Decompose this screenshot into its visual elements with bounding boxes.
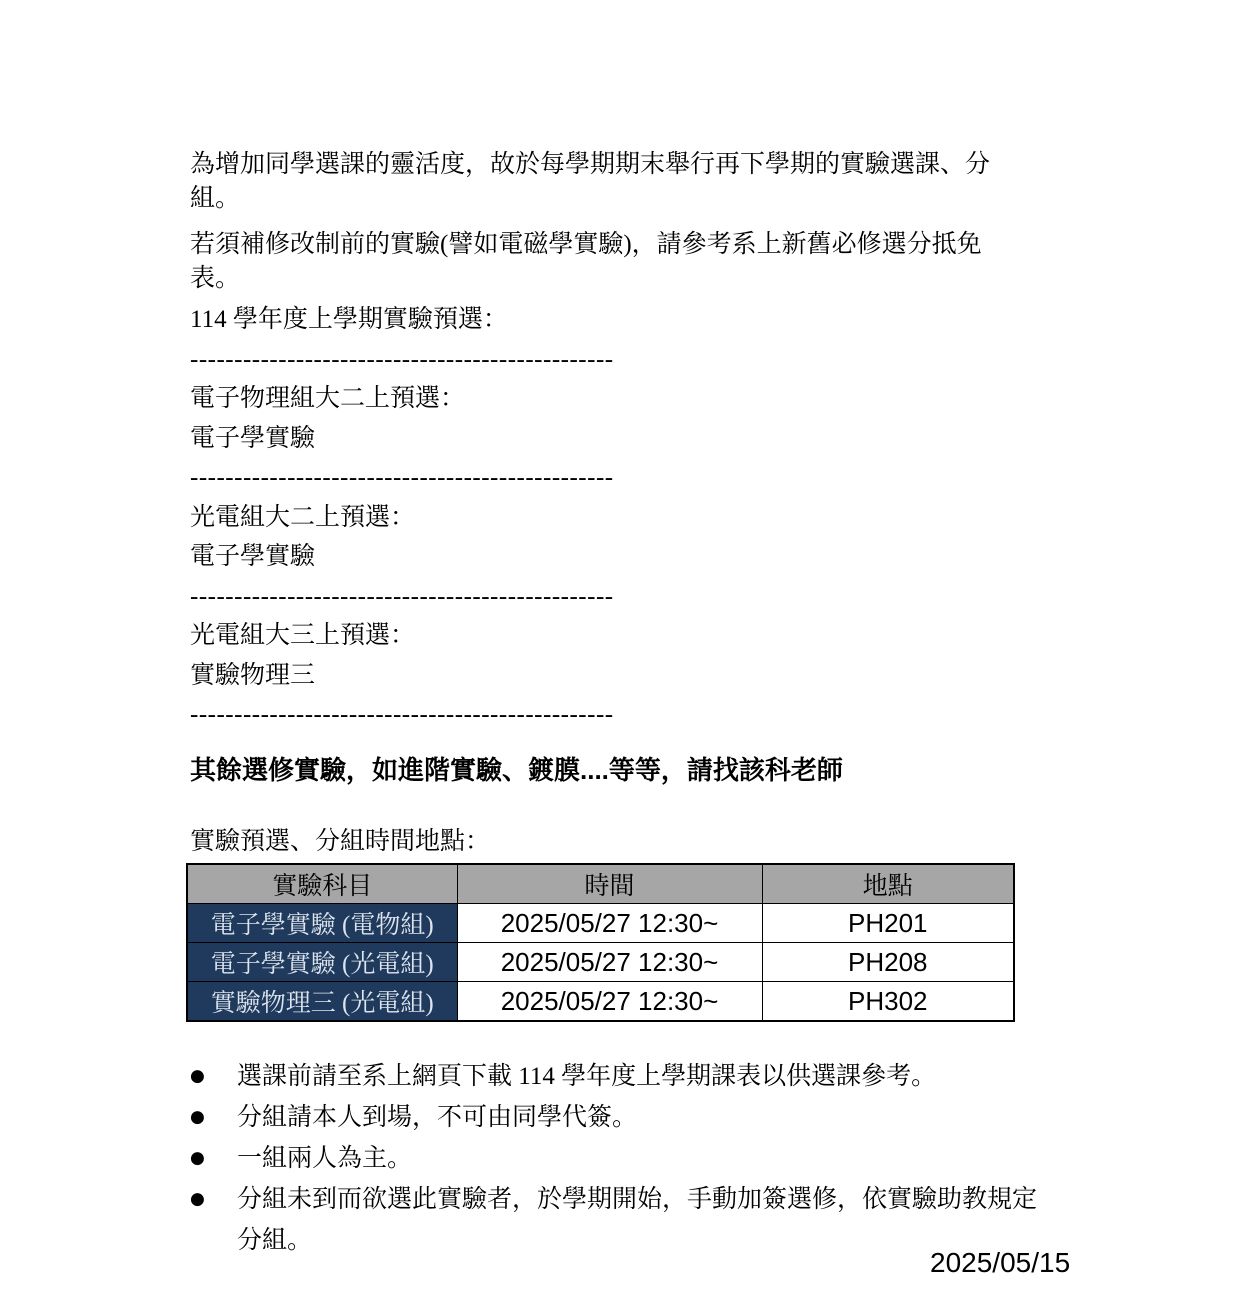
bullet-icon: ● xyxy=(190,1097,237,1138)
list-item: ● 分組請本人到場，不可由同學代簽。 xyxy=(190,1097,1045,1138)
group-course: 電子學實驗 xyxy=(190,419,1030,459)
group-label: 光電組大三上預選： xyxy=(190,616,1030,656)
schedule-table: 實驗科目 時間 地點 電子學實驗 (電物組) 2025/05/27 12:30~… xyxy=(186,863,1015,1022)
list-item-text: 分組未到而欲選此實驗者，於學期開始，手動加簽選修，依實驗助教規定分組。 xyxy=(237,1179,1045,1261)
cell-subject: 實驗物理三 (光電組) xyxy=(187,982,457,1022)
cell-time: 2025/05/27 12:30~ xyxy=(457,904,762,943)
table-row: 實驗物理三 (光電組) 2025/05/27 12:30~ PH302 xyxy=(187,982,1014,1022)
bullet-icon: ● xyxy=(190,1056,237,1097)
cell-time: 2025/05/27 12:30~ xyxy=(457,982,762,1022)
header-time: 時間 xyxy=(457,864,762,904)
table-row: 電子學實驗 (電物組) 2025/05/27 12:30~ PH201 xyxy=(187,904,1014,943)
cell-location: PH201 xyxy=(762,904,1014,943)
section-divider: ----------------------------------------… xyxy=(190,458,1030,498)
intro-paragraph: 為增加同學選課的靈活度，故於每學期期末舉行再下學期的實驗選課、分組。 xyxy=(190,148,1030,216)
list-item: ● 一組兩人為主。 xyxy=(190,1138,1045,1179)
cell-location: PH302 xyxy=(762,982,1014,1022)
section-divider: ----------------------------------------… xyxy=(190,340,1030,380)
elective-note: 其餘選修實驗，如進階實驗、鍍膜....等等，請找該科老師 xyxy=(190,750,1140,790)
list-item-text: 一組兩人為主。 xyxy=(237,1138,1045,1179)
group-course: 電子學實驗 xyxy=(190,537,1030,577)
document-page: 為增加同學選課的靈活度，故於每學期期末舉行再下學期的實驗選課、分組。 若須補修改… xyxy=(0,0,1241,1292)
section-divider: ----------------------------------------… xyxy=(190,577,1030,617)
header-subject: 實驗科目 xyxy=(187,864,457,904)
preselection-title: 114 學年度上學期實驗預選： xyxy=(190,300,1030,340)
list-item-text: 選課前請至系上網頁下載 114 學年度上學期課表以供選課參考。 xyxy=(237,1056,1045,1097)
cell-time: 2025/05/27 12:30~ xyxy=(457,943,762,982)
makeup-note-paragraph: 若須補修改制前的實驗(譬如電磁學實驗)，請參考系上新舊必修選分抵免表。 xyxy=(190,228,1030,296)
cell-subject: 電子學實驗 (電物組) xyxy=(187,904,457,943)
preselection-section: 114 學年度上學期實驗預選： ------------------------… xyxy=(190,300,1030,735)
group-label: 電子物理組大二上預選： xyxy=(190,379,1030,419)
bullet-icon: ● xyxy=(190,1138,237,1179)
group-label: 光電組大二上預選： xyxy=(190,498,1030,538)
list-item: ● 選課前請至系上網頁下載 114 學年度上學期課表以供選課參考。 xyxy=(190,1056,1045,1097)
bullet-icon: ● xyxy=(190,1179,237,1261)
table-row: 電子學實驗 (光電組) 2025/05/27 12:30~ PH208 xyxy=(187,943,1014,982)
header-location: 地點 xyxy=(762,864,1014,904)
cell-subject: 電子學實驗 (光電組) xyxy=(187,943,457,982)
group-course: 實驗物理三 xyxy=(190,656,1030,696)
list-item-text: 分組請本人到場，不可由同學代簽。 xyxy=(237,1097,1045,1138)
notes-list: ● 選課前請至系上網頁下載 114 學年度上學期課表以供選課參考。 ● 分組請本… xyxy=(190,1056,1045,1261)
document-date: 2025/05/15 xyxy=(930,1247,1070,1279)
table-caption: 實驗預選、分組時間地點： xyxy=(190,822,490,862)
section-divider: ----------------------------------------… xyxy=(190,695,1030,735)
list-item: ● 分組未到而欲選此實驗者，於學期開始，手動加簽選修，依實驗助教規定分組。 xyxy=(190,1179,1045,1261)
cell-location: PH208 xyxy=(762,943,1014,982)
table-header-row: 實驗科目 時間 地點 xyxy=(187,864,1014,904)
